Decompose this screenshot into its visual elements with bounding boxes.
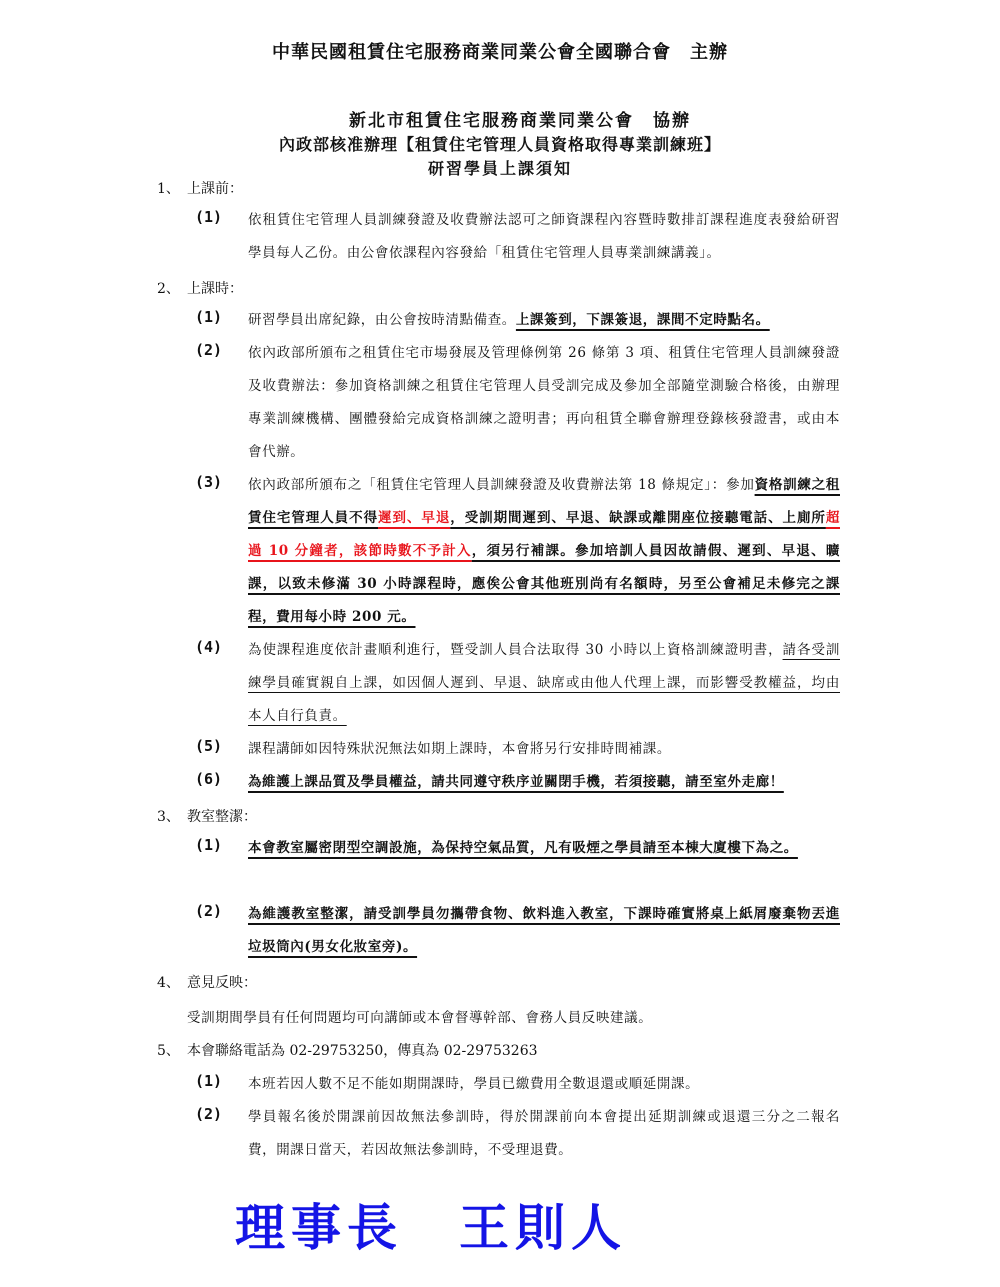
section-2-item-4: (4) 為使課程進度依計畫順利進行，暨受訓人員合法取得 30 小時以上資格訓練證… xyxy=(195,634,840,733)
section-5-item-2: (2) 學員報名後於開課前因故無法參訓時，得於開課前向本會提出延期訓練或退還三分… xyxy=(195,1101,840,1167)
section-1-heading: 1、上課前： xyxy=(157,178,243,198)
section-2-item-2: (2) 依內政部所頒布之租賃住宅市場發展及管理條例第 26 條第 3 項、租賃住… xyxy=(195,337,840,469)
course-title: 內政部核准辦理【租賃住宅管理人員資格取得專業訓練班】 xyxy=(0,132,1000,155)
chairman-signature: 理事長 王則人 xyxy=(235,1188,627,1260)
feedback-paragraph: 受訓期間學員有任何問題均可向講師或本會督導幹部、會務人員反映建議。 xyxy=(187,1006,652,1026)
section-5-heading: 5、本會聯絡電話為 02-29753250，傳真為 02-29753263 xyxy=(157,1040,538,1060)
section-5-item-1: (1) 本班若因人數不足不能如期開課時，學員已繳費用全數退還或順延開課。 xyxy=(195,1068,840,1101)
section-2-item-3: (3) 依內政部所頒布之「租賃住宅管理人員訓練發證及收費辦法第 18 條規定」：… xyxy=(195,469,840,634)
section-1-item-1: (1) 依租賃住宅管理人員訓練發證及收費辦法認可之師資課程內容暨時數排訂課程進度… xyxy=(195,204,840,270)
organizer-title: 中華民國租賃住宅服務商業同業公會全國聯合會 主辦 xyxy=(0,38,1000,64)
red-emphasis-late-early: 遲到、早退 xyxy=(378,510,450,526)
co-organizer-title: 新北市租賃住宅服務商業同業公會 協辦 xyxy=(20,106,1000,131)
notice-title: 研習學員上課須知 xyxy=(0,156,1000,179)
section-2-item-6: (6) 為維護上課品質及學員權益，請共同遵守秩序並關閉手機，若須接聽，請至室外走… xyxy=(195,766,840,799)
section-3-item-2: (2) 為維護教室整潔，請受訓學員勿攜帶食物、飲料進入教室，下課時確實將桌上紙屑… xyxy=(195,898,840,964)
section-2-item-5: (5) 課程講師如因特殊狀況無法如期上課時，本會將另行安排時間補課。 xyxy=(195,733,840,766)
section-3-item-1: (1) 本會教室屬密閉型空調設施，為保持空氣品質，凡有吸煙之學員請至本棟大廈樓下… xyxy=(195,832,840,865)
section-2-item-1: (1) 研習學員出席紀錄，由公會按時清點備查。上課簽到，下課簽退，課間不定時點名… xyxy=(195,304,840,337)
attendance-rule: 上課簽到，下課簽退，課間不定時點名。 xyxy=(516,312,770,328)
section-3-heading: 3、教室整潔： xyxy=(157,806,257,826)
section-2-heading: 2、上課時： xyxy=(157,278,243,298)
section-4-heading: 4、意見反映： xyxy=(157,972,257,992)
